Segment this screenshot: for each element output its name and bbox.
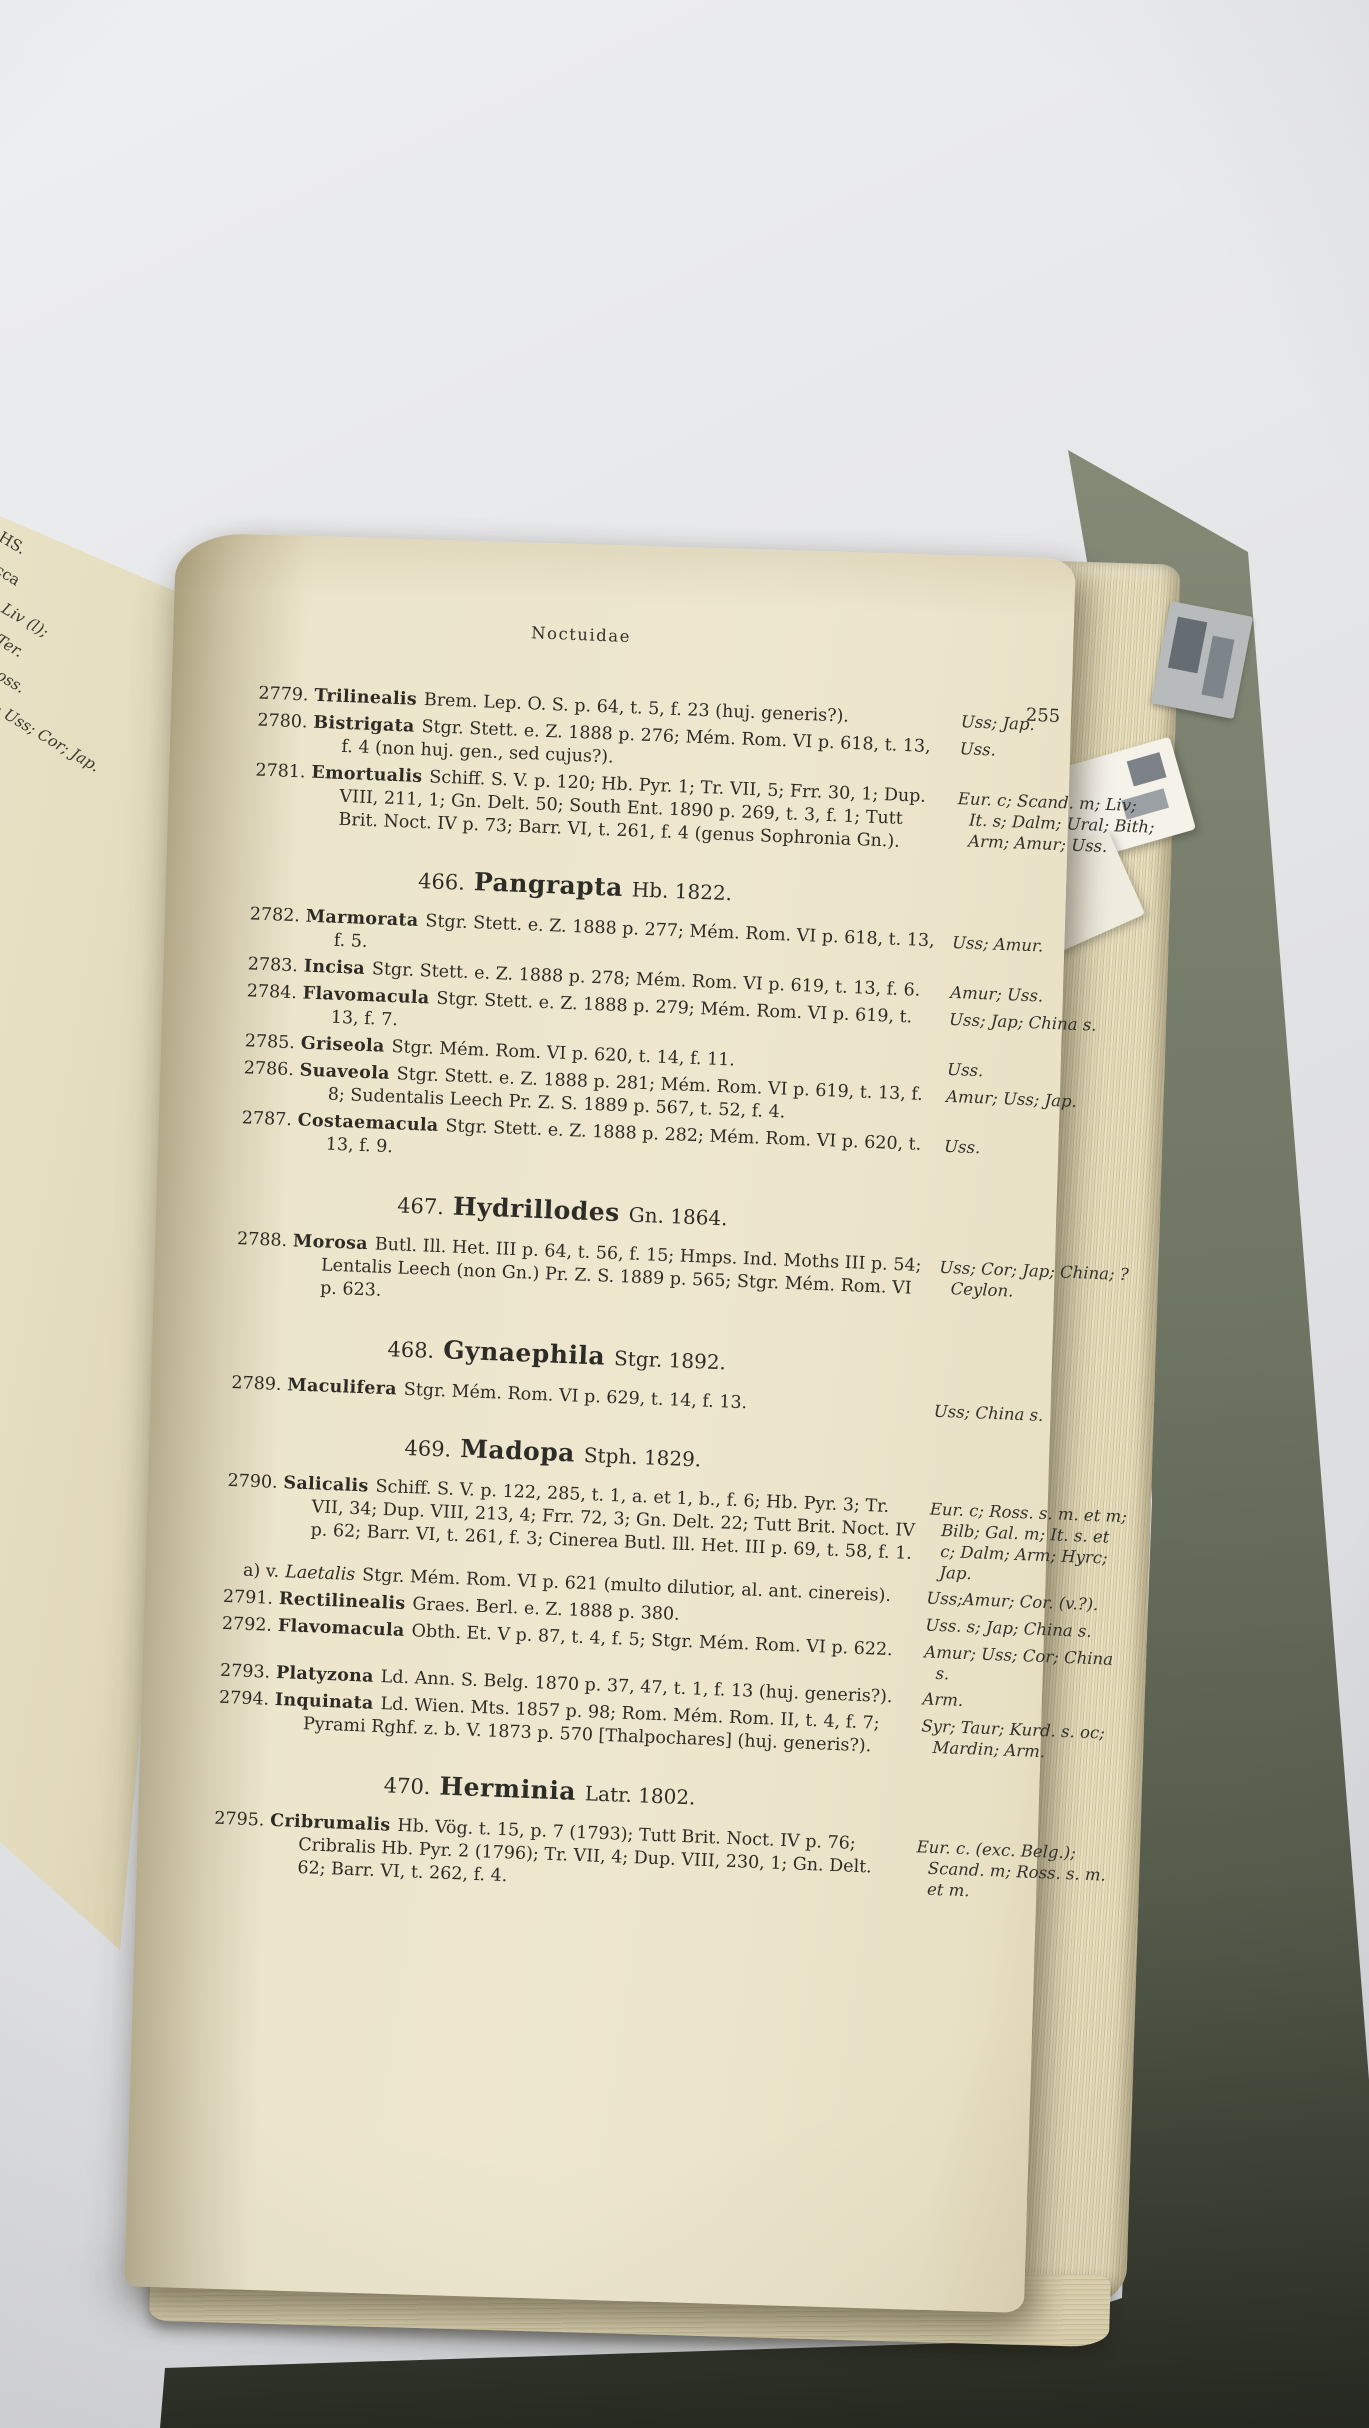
distribution-text: Eur. c; Scand. m; Liv; It. s; Dalm; Ural…: [956, 787, 1156, 859]
species-name: Flavomacula: [302, 984, 429, 1009]
citation-text: Schiff. S. V. p. 122, 285, t. 1, a. et 1…: [310, 1477, 915, 1564]
bookmark-print-mark: [1201, 636, 1234, 699]
distribution-text: Amur; Uss; Cor; China s.: [923, 1640, 1123, 1691]
species-name: Marmorata: [305, 907, 419, 931]
entry-citation: 2789.MaculiferaStgr. Mém. Rom. VI p. 629…: [231, 1372, 920, 1422]
citation-text: Stgr. Mém. Rom. VI p. 629, t. 14, f. 13.: [403, 1380, 747, 1413]
genus-heading: 469.MadopaStph. 1829.: [229, 1425, 878, 1479]
page-number: 255: [1025, 705, 1060, 727]
distribution-text: Eur. c. (exc. Belg.); Scand. m; Ross. s.…: [915, 1835, 1115, 1907]
genus-author: Latr. 1802.: [584, 1781, 695, 1809]
entry-row: 2789.MaculiferaStgr. Mém. Rom. VI p. 629…: [231, 1372, 1037, 1427]
genus-number: 466.: [418, 869, 466, 895]
species-name: Rectilinealis: [279, 1589, 406, 1614]
species-name: Cribrumalis: [270, 1811, 391, 1836]
entry-row: 2788.MorosaButl. Ill. Het. III p. 64, t.…: [235, 1228, 1043, 1329]
entry-number: 2780.: [257, 710, 306, 735]
species-name: Griseola: [300, 1033, 385, 1056]
photo-background: n. 1854.U. 447; HS.o. 264; SiccaGerm. c.…: [0, 0, 1369, 2428]
species-name: Incisa: [303, 957, 365, 979]
entry-number: 2787.: [241, 1107, 290, 1132]
genus-name: Gynaephila: [443, 1335, 606, 1370]
species-name: Suaveola: [299, 1060, 390, 1084]
genus-author: Hb. 1822.: [631, 877, 732, 905]
entry-number: 2781.: [255, 759, 304, 784]
genus-author: Stgr. 1892.: [614, 1346, 727, 1374]
genus-name: Hydrillodes: [452, 1192, 620, 1228]
entry-number: 2779.: [258, 683, 307, 708]
species-name: Costaemacula: [297, 1110, 439, 1136]
genus-heading: 467.HydrillodesGn. 1864.: [238, 1183, 887, 1237]
genus-number: 467.: [397, 1193, 445, 1219]
genus-heading: 466.PangraptaHb. 1822.: [251, 858, 900, 912]
entry-number: 2783.: [247, 953, 296, 978]
species-name: Morosa: [293, 1231, 369, 1254]
distribution-text: Uss; Cor; Jap; China; ? Ceylon.: [938, 1256, 1138, 1307]
variant-label: a) v.: [243, 1561, 280, 1582]
genus-heading: 468.GynaephilaStgr. 1892.: [232, 1327, 881, 1381]
entry-citation: 2795.CribrumalisHb. Vög. t. 15, p. 7 (17…: [212, 1808, 903, 1904]
entry-number: 2785.: [244, 1030, 293, 1055]
entry-number: 2784.: [246, 980, 295, 1005]
citation-text: Butl. Ill. Het. III p. 64, t. 56, f. 15;…: [320, 1235, 922, 1301]
genus-name: Herminia: [439, 1772, 577, 1806]
entry-number: 2788.: [237, 1228, 286, 1253]
distribution-text: Syr; Taur; Kurd. s. oc; Mardin; Arm.: [920, 1714, 1120, 1765]
species-name: Flavomacula: [277, 1616, 404, 1641]
genus-author: Stph. 1829.: [583, 1443, 701, 1472]
citation-text: Graes. Berl. e. Z. 1888 p. 380.: [412, 1594, 680, 1624]
species-name: Maculifera: [287, 1375, 397, 1399]
entry-number: 2793.: [220, 1660, 269, 1685]
entry-number: 2792.: [221, 1613, 270, 1638]
genus-number: 468.: [387, 1337, 435, 1363]
entry-citation: 2790.SalicalisSchiff. S. V. p. 122, 285,…: [225, 1470, 916, 1566]
genus-author: Gn. 1864.: [628, 1202, 728, 1230]
entry-citation: 2788.MorosaButl. Ill. Het. III p. 64, t.…: [235, 1228, 926, 1324]
species-name: Emortualis: [311, 763, 423, 787]
genus-name: Pangrapta: [473, 867, 623, 902]
entry-number: 2794.: [219, 1687, 268, 1712]
genus-name: Madopa: [460, 1434, 576, 1467]
species-name: Bistrigata: [313, 713, 415, 737]
entry-number: 2791.: [223, 1586, 272, 1611]
entry-number: 2790.: [227, 1470, 276, 1495]
running-title: Noctuidae: [261, 613, 901, 657]
species-name: Inquinata: [275, 1690, 374, 1714]
entry-number: 2789.: [231, 1372, 280, 1397]
sections: 2779.TrilinealisBrem. Lep. O. S. p. 64, …: [212, 683, 1064, 1909]
genus-number: 469.: [404, 1436, 452, 1462]
species-name: Platyzona: [276, 1663, 374, 1687]
species-name: Salicalis: [283, 1473, 369, 1496]
bookmark-print-mark: [1168, 617, 1207, 674]
genus-number: 470.: [383, 1773, 431, 1799]
citation-text: Stgr. Stett. e. Z. 1888 p. 277; Mém. Rom…: [333, 911, 935, 952]
citation-text: Schiff. S. V. p. 120; Hb. Pyr. 1; Tr. VI…: [338, 767, 926, 852]
entry-number: 2786.: [243, 1057, 292, 1082]
entry-number: 2795.: [214, 1808, 263, 1833]
distribution-text: Eur. c; Ross. s. m. et m; Bilb; Gal. m; …: [927, 1498, 1128, 1591]
genus-heading: 470.HerminiaLatr. 1802.: [215, 1763, 864, 1817]
right-page: Noctuidae 255 2779.TrilinealisBrem. Lep.…: [124, 532, 1076, 2313]
entry-row: 2795.CribrumalisHb. Vög. t. 15, p. 7 (17…: [212, 1808, 1020, 1909]
species-name: Trilinealis: [314, 686, 417, 710]
page-content: Noctuidae 255 2779.TrilinealisBrem. Lep.…: [212, 591, 1068, 1913]
variant-name: Laetalis: [285, 1562, 356, 1585]
entry-number: 2782.: [249, 903, 298, 928]
